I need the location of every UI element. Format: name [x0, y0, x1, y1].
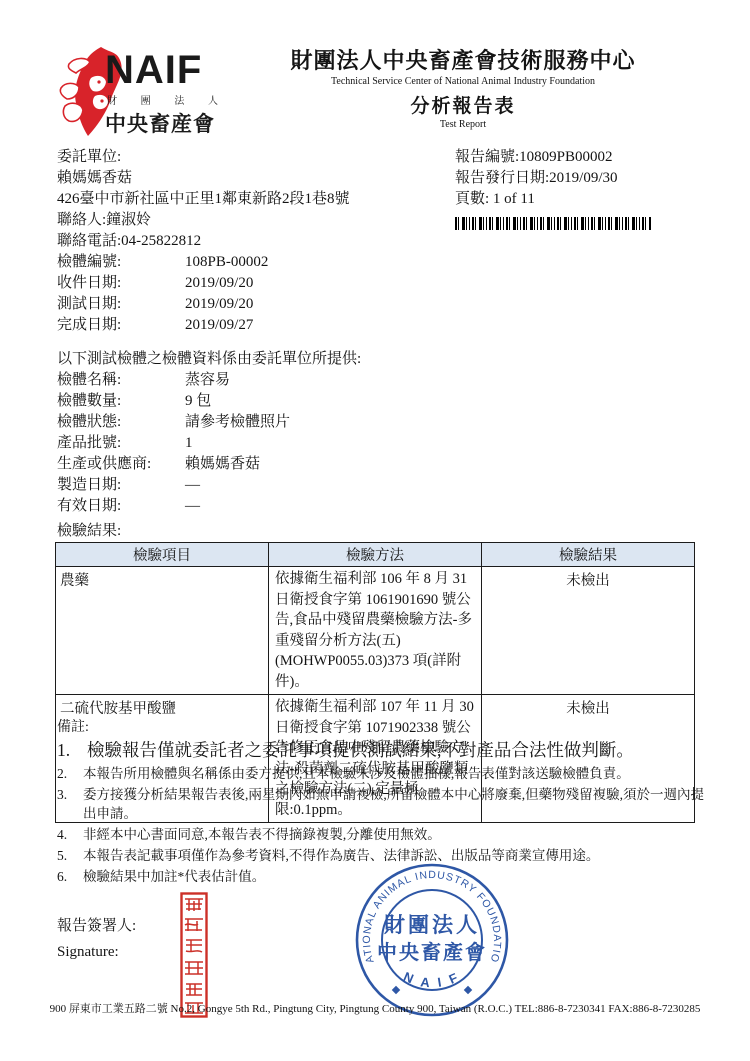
report-title-en: Test Report — [232, 119, 694, 130]
signature-block: 報告簽署人: Signature: — [57, 913, 136, 965]
mfg-date-row: 製造日期:— — [57, 475, 477, 496]
report-number-row: 報告編號:10809PB00002 — [455, 147, 705, 168]
test-date-row: 測試日期:2019/09/20 — [57, 294, 452, 315]
issue-date-row: 報告發行日期:2019/09/30 — [455, 168, 705, 189]
sample-id-row: 檢體編號:108PB-00002 — [57, 252, 452, 273]
report-meta-block: 報告編號:10809PB00002 報告發行日期:2019/09/30 頁數: … — [455, 147, 705, 230]
report-header: 財團法人中央畜產會技術服務中心 Technical Service Center… — [232, 44, 694, 130]
logo-acronym: NAIF — [105, 50, 220, 90]
signer-label-en: Signature: — [57, 939, 136, 965]
client-address: 426臺中市新社區中正里1鄰東新路2段1巷8號 — [57, 189, 452, 210]
sample-state-row: 檢體狀態:請參考檢體照片 — [57, 412, 477, 433]
client-label: 委託單位: — [57, 147, 452, 168]
page-count: 1 of 11 — [489, 191, 535, 207]
note-item: 3.委方接獲分析結果報告表後,兩星期內如無申請複檢,所留檢體本中心將廢棄,但藥物… — [57, 785, 705, 823]
test-item: 農藥 — [56, 567, 269, 695]
note-item: 1.檢驗報告僅就委託者之委託事項提供測試結果,不對產品合法性做判斷。 — [57, 738, 705, 762]
sample-details-block: 以下測試檢體之檢體資料係由委託單位所提供: 檢體名稱:蒸容易 檢體數量:9 包 … — [57, 349, 477, 517]
received-date-row: 收件日期:2019/09/20 — [57, 273, 452, 294]
svg-text:N A I F: N A I F — [401, 969, 462, 991]
client-info-block: 委託單位: 賴媽媽香菇 426臺中市新社區中正里1鄰東新路2段1巷8號 聯絡人:… — [57, 147, 452, 336]
notes-label: 備註: — [57, 716, 705, 736]
logo-subtitle: 財 團 法 人 — [105, 90, 220, 107]
col-header-result: 檢驗結果 — [482, 543, 695, 567]
results-header-row: 檢驗項目 檢驗方法 檢驗結果 — [56, 543, 695, 567]
foundation-seal: NATIONAL ANIMAL INDUSTRY FOUNDATION N A … — [352, 860, 512, 1020]
contact-line: 聯絡人:鐘淑姈 — [57, 210, 452, 231]
report-number: 10809PB00002 — [519, 149, 612, 165]
sample-qty-row: 檢體數量:9 包 — [57, 391, 477, 412]
supplier-row: 生產或供應商:賴媽媽香菇 — [57, 454, 477, 475]
note-item: 4.非經本中心書面同意,本報告表不得摘錄複製,分離使用無效。 — [57, 825, 705, 844]
contact-name: 鐘淑姈 — [106, 212, 151, 228]
report-page: NAIF 財 團 法 人 中央畜産會 財團法人中央畜產會技術服務中心 Techn… — [0, 0, 750, 1061]
seal-naif-text: N A I F — [401, 969, 462, 991]
client-name: 賴媽媽香菇 — [57, 168, 452, 189]
complete-date-row: 完成日期:2019/09/27 — [57, 315, 452, 336]
seal-center-line1: 財團法人 — [384, 913, 480, 937]
expiry-date-row: 有效日期:— — [57, 496, 477, 517]
phone-line: 聯絡電話:04-25822812 — [57, 231, 452, 252]
sample-name-row: 檢體名稱:蒸容易 — [57, 370, 477, 391]
provided-intro: 以下測試檢體之檢體資料係由委託單位所提供: — [57, 349, 477, 370]
issue-date: 2019/09/30 — [549, 170, 617, 186]
results-section-label: 檢驗結果: — [57, 519, 121, 540]
logo-org-name: 中央畜産會 — [105, 108, 220, 138]
signer-label-zh: 報告簽署人: — [57, 913, 136, 939]
seal-center-line2: 中央畜產會 — [377, 940, 487, 964]
barcode — [455, 217, 651, 230]
logo-text: NAIF 財 團 法 人 中央畜産會 — [105, 50, 220, 138]
org-name-zh: 財團法人中央畜產會技術服務中心 — [232, 44, 694, 75]
phone-number: 04-25822812 — [121, 233, 201, 249]
naif-logo: NAIF 財 團 法 人 中央畜産會 — [55, 44, 220, 140]
note-item: 2.本報告所用檢體與名稱係由委方提供,且本檢驗未涉及檢體抽樣,報告表僅對該送驗檢… — [57, 764, 705, 783]
test-method: 依據衛生福利部 106 年 8 月 31 日衛授食字第 1061901690 號… — [269, 567, 482, 695]
batch-number-row: 產品批號:1 — [57, 433, 477, 454]
table-row: 農藥 依據衛生福利部 106 年 8 月 31 日衛授食字第 106190169… — [56, 567, 695, 695]
org-name-en: Technical Service Center of National Ani… — [232, 76, 694, 87]
report-title-zh: 分析報告表 — [232, 91, 694, 118]
seal-diamond-right — [464, 986, 472, 994]
seal-diamond-left — [392, 986, 400, 994]
footer-address: 900 屏東市工業五路二號 No.2, Gongye 5th Rd., Ping… — [0, 1000, 750, 1016]
test-result: 未檢出 — [482, 567, 695, 695]
col-header-item: 檢驗項目 — [56, 543, 269, 567]
col-header-method: 檢驗方法 — [269, 543, 482, 567]
page-count-row: 頁數: 1 of 11 — [455, 189, 705, 210]
